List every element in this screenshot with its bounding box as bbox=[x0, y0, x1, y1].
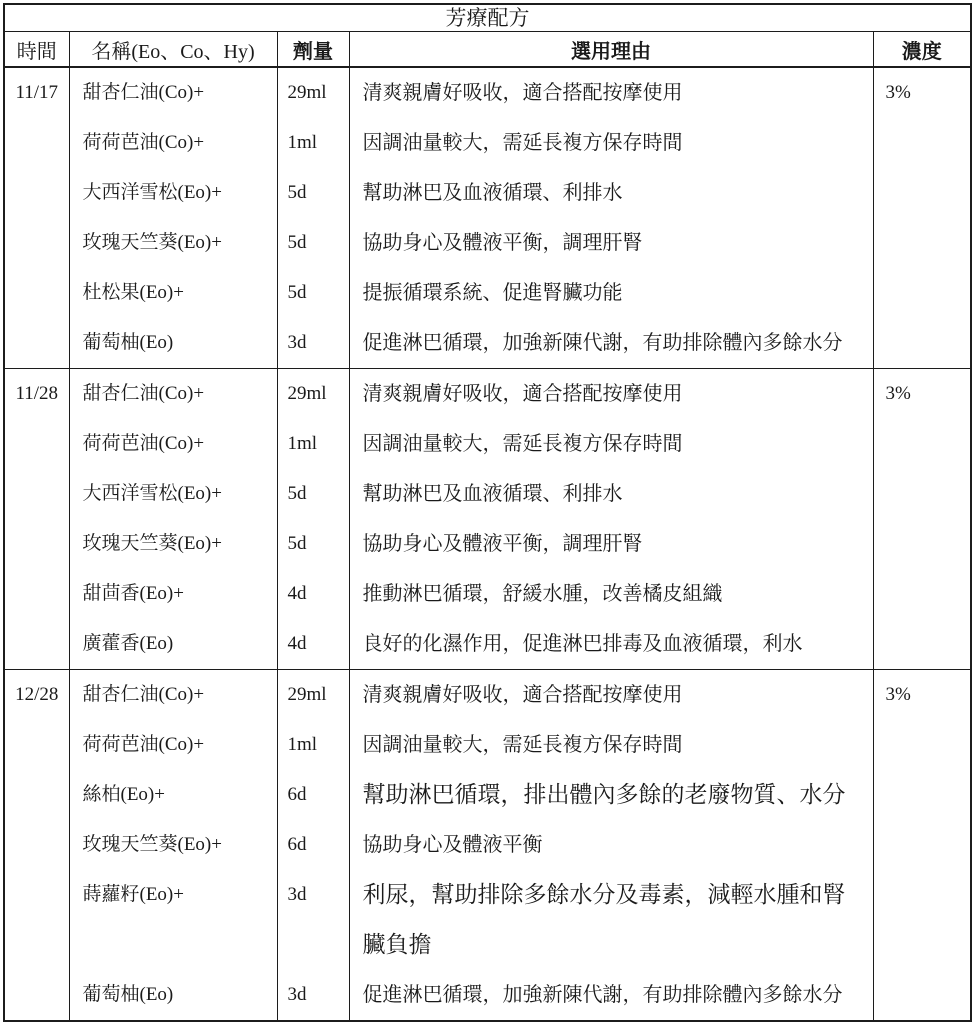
column-header-time: 時間 bbox=[4, 32, 69, 68]
dose-cell: 5d bbox=[277, 218, 349, 268]
column-header-name: 名稱(Eo、Co、Hy) bbox=[69, 32, 277, 68]
dose-cell: 1ml bbox=[277, 118, 349, 168]
dose-cell: 3d bbox=[277, 870, 349, 970]
ingredient-row: 玫瑰天竺葵(Eo)+6d協助身心及體液平衡 bbox=[4, 820, 971, 870]
reason-cell: 因調油量較大，需延長複方保存時間 bbox=[349, 720, 873, 770]
ingredient-row: 葡萄柚(Eo)3d促進淋巴循環，加強新陳代謝，有助排除體內多餘水分 bbox=[4, 318, 971, 369]
ingredient-row: 大西洋雪松(Eo)+5d幫助淋巴及血液循環、利排水 bbox=[4, 469, 971, 519]
ingredient-row: 荷荷芭油(Co)+1ml因調油量較大，需延長複方保存時間 bbox=[4, 118, 971, 168]
reason-cell: 因調油量較大，需延長複方保存時間 bbox=[349, 118, 873, 168]
dose-cell: 5d bbox=[277, 519, 349, 569]
ingredient-name-cell: 荷荷芭油(Co)+ bbox=[69, 720, 277, 770]
reason-cell: 幫助淋巴及血液循環、利排水 bbox=[349, 469, 873, 519]
ingredient-row: 絲柏(Eo)+6d幫助淋巴循環，排出體內多餘的老廢物質、水分 bbox=[4, 770, 971, 820]
ingredient-row: 杜松果(Eo)+5d提振循環系統、促進腎臟功能 bbox=[4, 268, 971, 318]
ingredient-row: 大西洋雪松(Eo)+5d幫助淋巴及血液循環、利排水 bbox=[4, 168, 971, 218]
ingredient-row: 葡萄柚(Eo)3d促進淋巴循環，加強新陳代謝，有助排除體內多餘水分 bbox=[4, 970, 971, 1021]
dose-cell: 4d bbox=[277, 569, 349, 619]
ingredient-name-cell: 甜茴香(Eo)+ bbox=[69, 569, 277, 619]
column-header-dose: 劑量 bbox=[277, 32, 349, 68]
dose-cell: 1ml bbox=[277, 419, 349, 469]
ingredient-row: 廣藿香(Eo)4d良好的化濕作用，促進淋巴排毒及血液循環，利水 bbox=[4, 619, 971, 670]
column-header-concentration: 濃度 bbox=[873, 32, 971, 68]
ingredient-name-cell: 葡萄柚(Eo) bbox=[69, 318, 277, 369]
date-cell: 12/28 bbox=[4, 670, 69, 1022]
ingredient-row: 玫瑰天竺葵(Eo)+5d協助身心及體液平衡，調理肝腎 bbox=[4, 519, 971, 569]
reason-cell: 清爽親膚好吸收，適合搭配按摩使用 bbox=[349, 369, 873, 420]
reason-cell: 因調油量較大，需延長複方保存時間 bbox=[349, 419, 873, 469]
dose-cell: 6d bbox=[277, 770, 349, 820]
concentration-cell: 3% bbox=[873, 67, 971, 369]
dose-cell: 4d bbox=[277, 619, 349, 670]
dose-cell: 29ml bbox=[277, 670, 349, 721]
reason-cell: 幫助淋巴及血液循環、利排水 bbox=[349, 168, 873, 218]
table-title: 芳療配方 bbox=[4, 4, 971, 32]
column-header-reason: 選用理由 bbox=[349, 32, 873, 68]
ingredient-name-cell: 荷荷芭油(Co)+ bbox=[69, 419, 277, 469]
reason-cell: 協助身心及體液平衡 bbox=[349, 820, 873, 870]
ingredient-name-cell: 玫瑰天竺葵(Eo)+ bbox=[69, 820, 277, 870]
dose-cell: 3d bbox=[277, 970, 349, 1021]
ingredient-name-cell: 廣藿香(Eo) bbox=[69, 619, 277, 670]
reason-cell: 促進淋巴循環，加強新陳代謝，有助排除體內多餘水分 bbox=[349, 318, 873, 369]
ingredient-name-cell: 大西洋雪松(Eo)+ bbox=[69, 168, 277, 218]
dose-cell: 5d bbox=[277, 168, 349, 218]
formula-table-body: 11/17甜杏仁油(Co)+29ml清爽親膚好吸收，適合搭配按摩使用3%荷荷芭油… bbox=[4, 67, 971, 1021]
dose-cell: 6d bbox=[277, 820, 349, 870]
dose-cell: 29ml bbox=[277, 67, 349, 118]
dose-cell: 5d bbox=[277, 268, 349, 318]
reason-cell: 清爽親膚好吸收，適合搭配按摩使用 bbox=[349, 670, 873, 721]
document-page: 芳療配方 時間 名稱(Eo、Co、Hy) 劑量 選用理由 濃度 11/17甜杏仁… bbox=[0, 0, 977, 1024]
reason-cell: 推動淋巴循環，舒緩水腫，改善橘皮組織 bbox=[349, 569, 873, 619]
ingredient-row: 11/17甜杏仁油(Co)+29ml清爽親膚好吸收，適合搭配按摩使用3% bbox=[4, 67, 971, 118]
concentration-cell: 3% bbox=[873, 369, 971, 670]
dose-cell: 3d bbox=[277, 318, 349, 369]
aromatherapy-table: 芳療配方 時間 名稱(Eo、Co、Hy) 劑量 選用理由 濃度 11/17甜杏仁… bbox=[3, 3, 972, 1022]
reason-cell: 協助身心及體液平衡，調理肝腎 bbox=[349, 519, 873, 569]
reason-cell: 良好的化濕作用，促進淋巴排毒及血液循環，利水 bbox=[349, 619, 873, 670]
ingredient-name-cell: 甜杏仁油(Co)+ bbox=[69, 67, 277, 118]
ingredient-name-cell: 甜杏仁油(Co)+ bbox=[69, 369, 277, 420]
date-cell: 11/28 bbox=[4, 369, 69, 670]
dose-cell: 29ml bbox=[277, 369, 349, 420]
reason-cell: 提振循環系統、促進腎臟功能 bbox=[349, 268, 873, 318]
ingredient-row: 甜茴香(Eo)+4d推動淋巴循環，舒緩水腫，改善橘皮組織 bbox=[4, 569, 971, 619]
header-row: 時間 名稱(Eo、Co、Hy) 劑量 選用理由 濃度 bbox=[4, 32, 971, 68]
ingredient-row: 荷荷芭油(Co)+1ml因調油量較大，需延長複方保存時間 bbox=[4, 419, 971, 469]
title-row: 芳療配方 bbox=[4, 4, 971, 32]
ingredient-name-cell: 荷荷芭油(Co)+ bbox=[69, 118, 277, 168]
dose-cell: 1ml bbox=[277, 720, 349, 770]
ingredient-name-cell: 杜松果(Eo)+ bbox=[69, 268, 277, 318]
ingredient-row: 玫瑰天竺葵(Eo)+5d協助身心及體液平衡，調理肝腎 bbox=[4, 218, 971, 268]
ingredient-row: 12/28甜杏仁油(Co)+29ml清爽親膚好吸收，適合搭配按摩使用3% bbox=[4, 670, 971, 721]
reason-cell: 幫助淋巴循環，排出體內多餘的老廢物質、水分 bbox=[349, 770, 873, 820]
ingredient-name-cell: 大西洋雪松(Eo)+ bbox=[69, 469, 277, 519]
ingredient-name-cell: 葡萄柚(Eo) bbox=[69, 970, 277, 1021]
dose-cell: 5d bbox=[277, 469, 349, 519]
ingredient-name-cell: 玫瑰天竺葵(Eo)+ bbox=[69, 519, 277, 569]
date-cell: 11/17 bbox=[4, 67, 69, 369]
ingredient-name-cell: 絲柏(Eo)+ bbox=[69, 770, 277, 820]
ingredient-row: 蒔蘿籽(Eo)+3d利尿，幫助排除多餘水分及毒素，減輕水腫和腎臟負擔 bbox=[4, 870, 971, 970]
ingredient-row: 荷荷芭油(Co)+1ml因調油量較大，需延長複方保存時間 bbox=[4, 720, 971, 770]
ingredient-name-cell: 甜杏仁油(Co)+ bbox=[69, 670, 277, 721]
reason-cell: 促進淋巴循環，加強新陳代謝，有助排除體內多餘水分 bbox=[349, 970, 873, 1021]
ingredient-name-cell: 蒔蘿籽(Eo)+ bbox=[69, 870, 277, 970]
ingredient-name-cell: 玫瑰天竺葵(Eo)+ bbox=[69, 218, 277, 268]
reason-cell: 協助身心及體液平衡，調理肝腎 bbox=[349, 218, 873, 268]
reason-cell: 利尿，幫助排除多餘水分及毒素，減輕水腫和腎臟負擔 bbox=[349, 870, 873, 970]
reason-cell: 清爽親膚好吸收，適合搭配按摩使用 bbox=[349, 67, 873, 118]
ingredient-row: 11/28甜杏仁油(Co)+29ml清爽親膚好吸收，適合搭配按摩使用3% bbox=[4, 369, 971, 420]
concentration-cell: 3% bbox=[873, 670, 971, 1022]
